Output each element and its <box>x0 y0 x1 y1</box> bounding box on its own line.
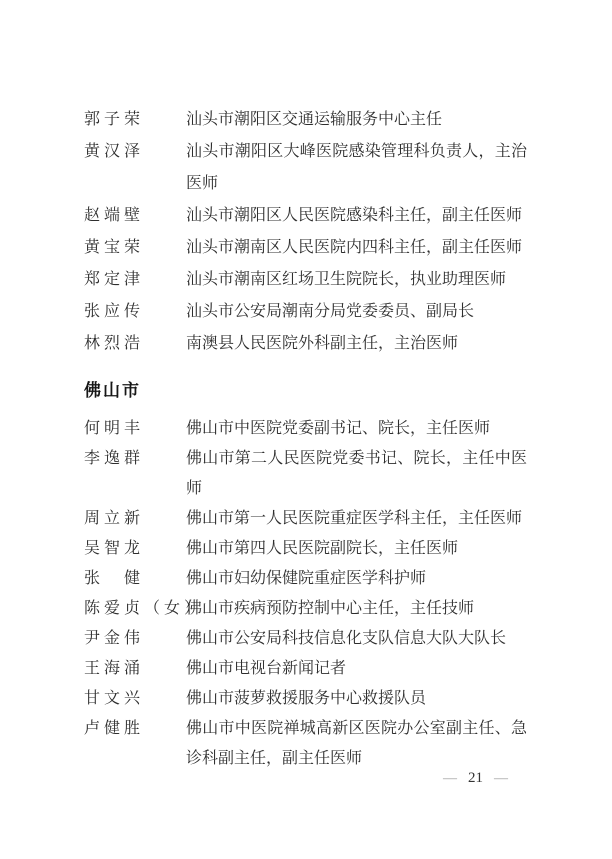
section-foshan: 佛山市 何明丰 佛山市中医院党委副书记、院长，主任医师 李逸群 佛山市第二人民医… <box>84 374 528 774</box>
page-footer: — 21 — <box>443 770 508 787</box>
list-item: 李逸群 佛山市第二人民医院党委书记、院长，主任中医师 <box>84 444 528 504</box>
footer-right-dash: — <box>494 771 508 787</box>
person-title: 佛山市公安局科技信息化支队信息大队大队长 <box>186 624 527 654</box>
person-title: 佛山市菠萝救援服务中心救援队员 <box>186 684 527 714</box>
list-item: 吴智龙 佛山市第四人民医院副院长，主任医师 <box>84 534 528 564</box>
list-item: 郭子荣 汕头市潮阳区交通运输服务中心主任 <box>84 104 528 136</box>
list-item: 黄宝荣 汕头市潮南区人民医院内四科主任，副主任医师 <box>84 232 528 264</box>
person-title: 佛山市第一人民医院重症医学科主任，主任医师 <box>186 504 527 534</box>
list-item: 甘文兴 佛山市菠萝救援服务中心救援队员 <box>84 684 528 714</box>
list-item: 张应传 汕头市公安局潮南分局党委委员、副局长 <box>84 296 528 328</box>
person-name: 陈爱贞（女） <box>84 594 186 624</box>
list-item: 陈爱贞（女） 佛山市疾病预防控制中心主任，主任技师 <box>84 594 528 624</box>
person-name: 何明丰 <box>84 414 186 444</box>
person-name: 黄汉泽 <box>84 136 186 168</box>
list-item: 林烈浩 南澳县人民医院外科副主任，主治医师 <box>84 328 528 360</box>
person-title: 汕头市潮阳区人民医院感染科主任，副主任医师 <box>186 200 527 232</box>
list-item: 尹金伟 佛山市公安局科技信息化支队信息大队大队长 <box>84 624 528 654</box>
person-name: 尹金伟 <box>84 624 186 654</box>
person-title: 佛山市中医院党委副书记、院长，主任医师 <box>186 414 527 444</box>
person-title: 南澳县人民医院外科副主任，主治医师 <box>186 328 527 360</box>
person-name: 赵端壁 <box>84 200 186 232</box>
list-item: 周立新 佛山市第一人民医院重症医学科主任，主任医师 <box>84 504 528 534</box>
list-item: 张 健 佛山市妇幼保健院重症医学科护师 <box>84 564 528 594</box>
section-heading-foshan: 佛山市 <box>84 374 528 408</box>
list-item: 黄汉泽 汕头市潮阳区大峰医院感染管理科负责人，主治医师 <box>84 136 528 200</box>
person-name: 黄宝荣 <box>84 232 186 264</box>
person-title: 汕头市潮阳区交通运输服务中心主任 <box>186 104 527 136</box>
person-title: 佛山市妇幼保健院重症医学科护师 <box>186 564 527 594</box>
person-name: 王海涌 <box>84 654 186 684</box>
document-page: 郭子荣 汕头市潮阳区交通运输服务中心主任 黄汉泽 汕头市潮阳区大峰医院感染管理科… <box>0 0 612 859</box>
person-name: 吴智龙 <box>84 534 186 564</box>
list-item: 王海涌 佛山市电视台新闻记者 <box>84 654 528 684</box>
list-item: 何明丰 佛山市中医院党委副书记、院长，主任医师 <box>84 414 528 444</box>
section-shantou-entries: 郭子荣 汕头市潮阳区交通运输服务中心主任 黄汉泽 汕头市潮阳区大峰医院感染管理科… <box>84 104 528 360</box>
person-name: 郑定津 <box>84 264 186 296</box>
person-title: 佛山市第二人民医院党委书记、院长，主任中医师 <box>186 444 527 504</box>
person-title: 佛山市中医院禅城高新区医院办公室副主任、急诊科副主任，副主任医师 <box>186 714 527 774</box>
footer-left-dash: — <box>443 771 457 787</box>
person-title: 汕头市潮南区红场卫生院院长，执业助理医师 <box>186 264 527 296</box>
person-name: 郭子荣 <box>84 104 186 136</box>
person-name: 张应传 <box>84 296 186 328</box>
page-number: 21 <box>468 770 483 787</box>
person-title: 佛山市第四人民医院副院长，主任医师 <box>186 534 527 564</box>
person-name: 周立新 <box>84 504 186 534</box>
list-item: 赵端壁 汕头市潮阳区人民医院感染科主任，副主任医师 <box>84 200 528 232</box>
person-title: 佛山市疾病预防控制中心主任，主任技师 <box>186 594 527 624</box>
person-title: 汕头市潮南区人民医院内四科主任，副主任医师 <box>186 232 527 264</box>
person-name: 甘文兴 <box>84 684 186 714</box>
person-title: 汕头市潮阳区大峰医院感染管理科负责人，主治医师 <box>186 136 527 200</box>
roster-content: 郭子荣 汕头市潮阳区交通运输服务中心主任 黄汉泽 汕头市潮阳区大峰医院感染管理科… <box>84 104 528 774</box>
person-title: 汕头市公安局潮南分局党委委员、副局长 <box>186 296 527 328</box>
person-name: 李逸群 <box>84 444 186 474</box>
person-name: 林烈浩 <box>84 328 186 360</box>
person-title: 佛山市电视台新闻记者 <box>186 654 527 684</box>
person-name: 卢健胜 <box>84 714 186 744</box>
list-item: 郑定津 汕头市潮南区红场卫生院院长，执业助理医师 <box>84 264 528 296</box>
person-name: 张 健 <box>84 564 186 594</box>
list-item: 卢健胜 佛山市中医院禅城高新区医院办公室副主任、急诊科副主任，副主任医师 <box>84 714 528 774</box>
